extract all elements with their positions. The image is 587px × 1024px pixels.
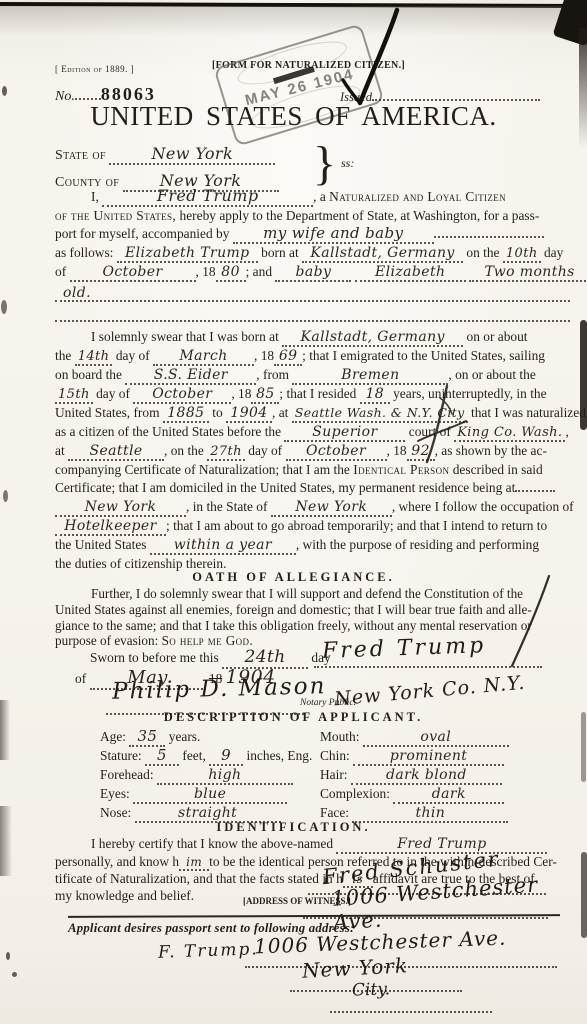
inches-label: inches, Eng. (247, 748, 313, 763)
court-place: King Co. Wash. (454, 426, 565, 442)
companions-value: my wife and baby (233, 226, 434, 244)
p2-t25: , as shown by the ac- (435, 443, 547, 458)
identified-name: Fred Trump (336, 837, 547, 854)
naturalization-day: 27th (207, 445, 245, 461)
court-name: Superior (284, 425, 405, 442)
p2-t20: , (565, 424, 568, 439)
chin-label: Chin: (320, 748, 350, 763)
p2-t4: day of (116, 348, 150, 363)
p2-t31: the United States (55, 537, 147, 552)
p2-t30: ; that I am about to go abroad temporari… (166, 518, 547, 533)
applicant-name: Fred Trump (102, 188, 313, 207)
scan-artifact-left-smudge-1 (0, 700, 10, 760)
p2-t19: court of (409, 424, 451, 439)
sworn-label-3: of (75, 671, 86, 686)
oath-l3: giance to the same; and that I take this… (55, 618, 532, 633)
edition-note: [ Edition of 1889. ] (55, 64, 134, 74)
p2-t24: , 18 (387, 443, 407, 458)
naturalization-place: Seattle (68, 444, 164, 461)
feet-label: feet, (182, 748, 205, 763)
ident-him: im (179, 856, 209, 871)
p2-t2: on or about (467, 329, 528, 344)
p2-t8: , from (256, 367, 289, 382)
emigration-year: 85 (251, 387, 279, 404)
birthplace-value: Kallstadt, Germany (282, 330, 463, 347)
scan-artifact-left-speck-1 (2, 86, 7, 96)
mailing-name: F. Trump. (158, 939, 259, 963)
forehead-value: high (157, 768, 293, 785)
p2-t1: I solemnly swear that I was born at (91, 329, 279, 344)
p2-t23: day of (248, 443, 282, 458)
ship-value: S.S. Eider (125, 368, 256, 385)
resided-from: 1885 (163, 406, 209, 423)
notary-signature: Philip D. Mason (112, 673, 327, 705)
scan-artifact-left-smudge-2 (0, 806, 12, 876)
app-citizen-phrase: Naturalized and Loyal Citizen (329, 189, 506, 204)
forehead-label: Forehead: (100, 767, 154, 782)
p2-t15: to (212, 405, 222, 420)
scan-artifact-left-speck-3 (3, 490, 8, 502)
document-title: UNITED STATES OF AMERICA. (0, 101, 587, 132)
number-leader-dots (75, 87, 101, 100)
app-trailing-dots (434, 225, 544, 238)
p2-t29: , where I follow the occupation of (392, 499, 574, 514)
applicant-signature-line (314, 655, 542, 668)
resided-to: 1904 (226, 406, 272, 423)
p2-t3: the (55, 348, 71, 363)
age-label: Age: (100, 729, 126, 744)
state-value: New York (109, 146, 275, 165)
p2-t7: on board the (55, 367, 122, 382)
baby-name: Elizabeth (355, 265, 466, 282)
scan-artifact-top-shadow (0, 6, 587, 36)
p2-t28: , in the State of (186, 499, 267, 514)
scan-artifact-left-speck-4 (6, 952, 10, 960)
oath-statement-paragraph: I solemnly swear that I was born at Kall… (55, 328, 570, 573)
sworn-label-1: Sworn to before me this (90, 650, 219, 665)
issued-leader-dots (372, 88, 540, 101)
p2-t16: , at (272, 405, 288, 420)
mouth-value: oval (363, 730, 509, 747)
p2-t5: , 18 (254, 348, 274, 363)
app-i-label: I, (91, 189, 99, 204)
age-value: 35 (129, 729, 165, 747)
description-right-column: Mouth: oval Chin: prominent Hair: dark b… (320, 728, 555, 823)
ident-l1: I hereby certify that I know the above-n… (91, 836, 333, 851)
app-t3a: of the United States, (55, 208, 176, 223)
return-within: within a year (150, 538, 296, 555)
face-label: Face: (320, 805, 349, 820)
app-t2: , a (313, 189, 329, 204)
hair-label: Hair: (320, 767, 348, 782)
oath-l2: United States against all enemies, forei… (55, 602, 532, 617)
p2-t27: Certificate; that I am domiciled in the … (55, 480, 515, 495)
eyes-value: blue (133, 787, 287, 804)
p2-t26c: described in said (449, 462, 542, 477)
continuation-line-2 (55, 304, 570, 322)
stature-inches: 9 (209, 748, 243, 766)
app-t6: born at (261, 245, 299, 260)
mailing-address-line-3: City. (352, 979, 391, 1000)
oath-l4: purpose of evasion: (55, 633, 162, 648)
ident-l2a: personally, and know h (55, 854, 179, 869)
oath-body: Further, I do solemnly swear that I will… (55, 586, 570, 649)
eyes-label: Eyes: (100, 786, 130, 801)
birth-month: March (153, 349, 254, 366)
baby-word: baby (275, 265, 351, 282)
description-heading: DESCRIPTION OF APPLICANT. (0, 710, 587, 725)
p2-t14: United States, from (55, 405, 160, 420)
p2-t32: , with the purpose of residing and perfo… (296, 537, 539, 552)
p2-t17: that I was naturalized (471, 405, 586, 420)
scan-artifact-left-speck-5 (12, 972, 17, 977)
app-t3b: hereby apply to the Department of State,… (176, 208, 539, 223)
wife-birth-year: 80 (216, 265, 246, 282)
occupation-value: Hotelkeeper (55, 519, 166, 536)
wife-birthplace: Kallstadt, Germany (302, 246, 463, 263)
application-paragraph: I, Fred Trump, a Naturalized and Loyal C… (55, 188, 570, 322)
scan-artifact-top-line (0, 2, 587, 8)
p2-t12: ; that I resided (279, 386, 356, 401)
app-t9: , 18 (196, 264, 216, 279)
residence-value: New York (55, 500, 186, 517)
app-t8: day (544, 245, 563, 260)
app-t8b: of (55, 264, 66, 279)
hair-value: dark blond (351, 768, 502, 785)
years-resided: 18 (360, 387, 390, 404)
identical-person-phrase: Identical Person (353, 462, 449, 477)
scan-artifact-left-speck-2 (1, 300, 7, 314)
sworn-line-1: Sworn to before me this 24th day (90, 649, 331, 669)
nose-label: Nose: (100, 805, 131, 820)
wife-birth-month: October (70, 265, 196, 282)
p2-t6: ; that I emigrated to the United States,… (302, 348, 545, 363)
so-help-me-god: So help me God. (162, 633, 254, 648)
witness-address-line (303, 906, 548, 919)
emigration-day: 15th (55, 388, 93, 404)
oath-heading: OATH OF ALLEGIANCE. (0, 570, 587, 585)
p2-t26: companying Certificate of Naturalization… (55, 462, 353, 477)
ident-l4: my knowledge and belief. (55, 888, 194, 903)
app-t4: port for myself, accompanied by (55, 226, 229, 241)
stature-label: Stature: (100, 748, 142, 763)
jurat-ss: ss: (341, 156, 354, 171)
ident-l3a: tificate of Naturalization, and that the… (55, 871, 343, 886)
p2-t13: years, uninterruptedly, in the (393, 386, 546, 401)
wife-birth-day: 10th (503, 247, 541, 263)
app-t10: ; and (246, 264, 272, 279)
state-label: State of (55, 148, 106, 163)
chin-value: prominent (353, 749, 504, 766)
scan-artifact-top-right-blob (552, 0, 587, 46)
app-t7: on the (466, 245, 499, 260)
complexion-label: Complexion: (320, 786, 390, 801)
naturalization-year: 92 (407, 444, 435, 461)
port-value: Bremen (292, 368, 448, 385)
oath-l1: Further, I do solemnly swear that I will… (91, 586, 523, 601)
passport-application-document: [ Edition of 1889. ] [FORM FOR NATURALIZ… (0, 0, 587, 1024)
notary-location: New York Co. N.Y. (333, 672, 526, 711)
description-left-column: Age: 35 years. Stature: 5 feet, 9 inches… (100, 728, 330, 823)
birth-year: 69 (274, 349, 302, 366)
wife-name: Elizabeth Trump (117, 246, 258, 263)
baby-age-continued: old. (55, 285, 91, 301)
naturalization-month: October (286, 444, 387, 461)
app-t5: as follows: (55, 245, 113, 260)
identification-heading: IDENTIFICATION. (0, 820, 587, 835)
complexion-value: dark (393, 787, 504, 804)
p2-t10: day of (96, 386, 130, 401)
continuation-line-1: old. (55, 284, 570, 302)
p2-t21: at (55, 443, 65, 458)
p2-t9: , on or about the (448, 367, 535, 382)
residence-state: New York (271, 500, 392, 517)
p2-t11: , 18 (231, 386, 251, 401)
p2-t18: as a citizen of the United States before… (55, 424, 281, 439)
birth-day: 14th (75, 350, 113, 366)
p2-t22: , on the (164, 443, 204, 458)
mouth-label: Mouth: (320, 729, 359, 744)
age-suffix: years. (169, 729, 201, 744)
resided-place: Seattle Wash. & N.Y. City (292, 407, 468, 423)
baby-age: Two months (469, 265, 587, 282)
emigration-month: October (133, 387, 231, 404)
mailing-line-3-dots (330, 1000, 492, 1013)
stature-feet: 5 (145, 748, 179, 766)
p2-t33: the duties of citizenship therein. (55, 556, 226, 571)
p2-trailing-dots (515, 479, 555, 492)
jurat-brace: } (313, 136, 336, 191)
